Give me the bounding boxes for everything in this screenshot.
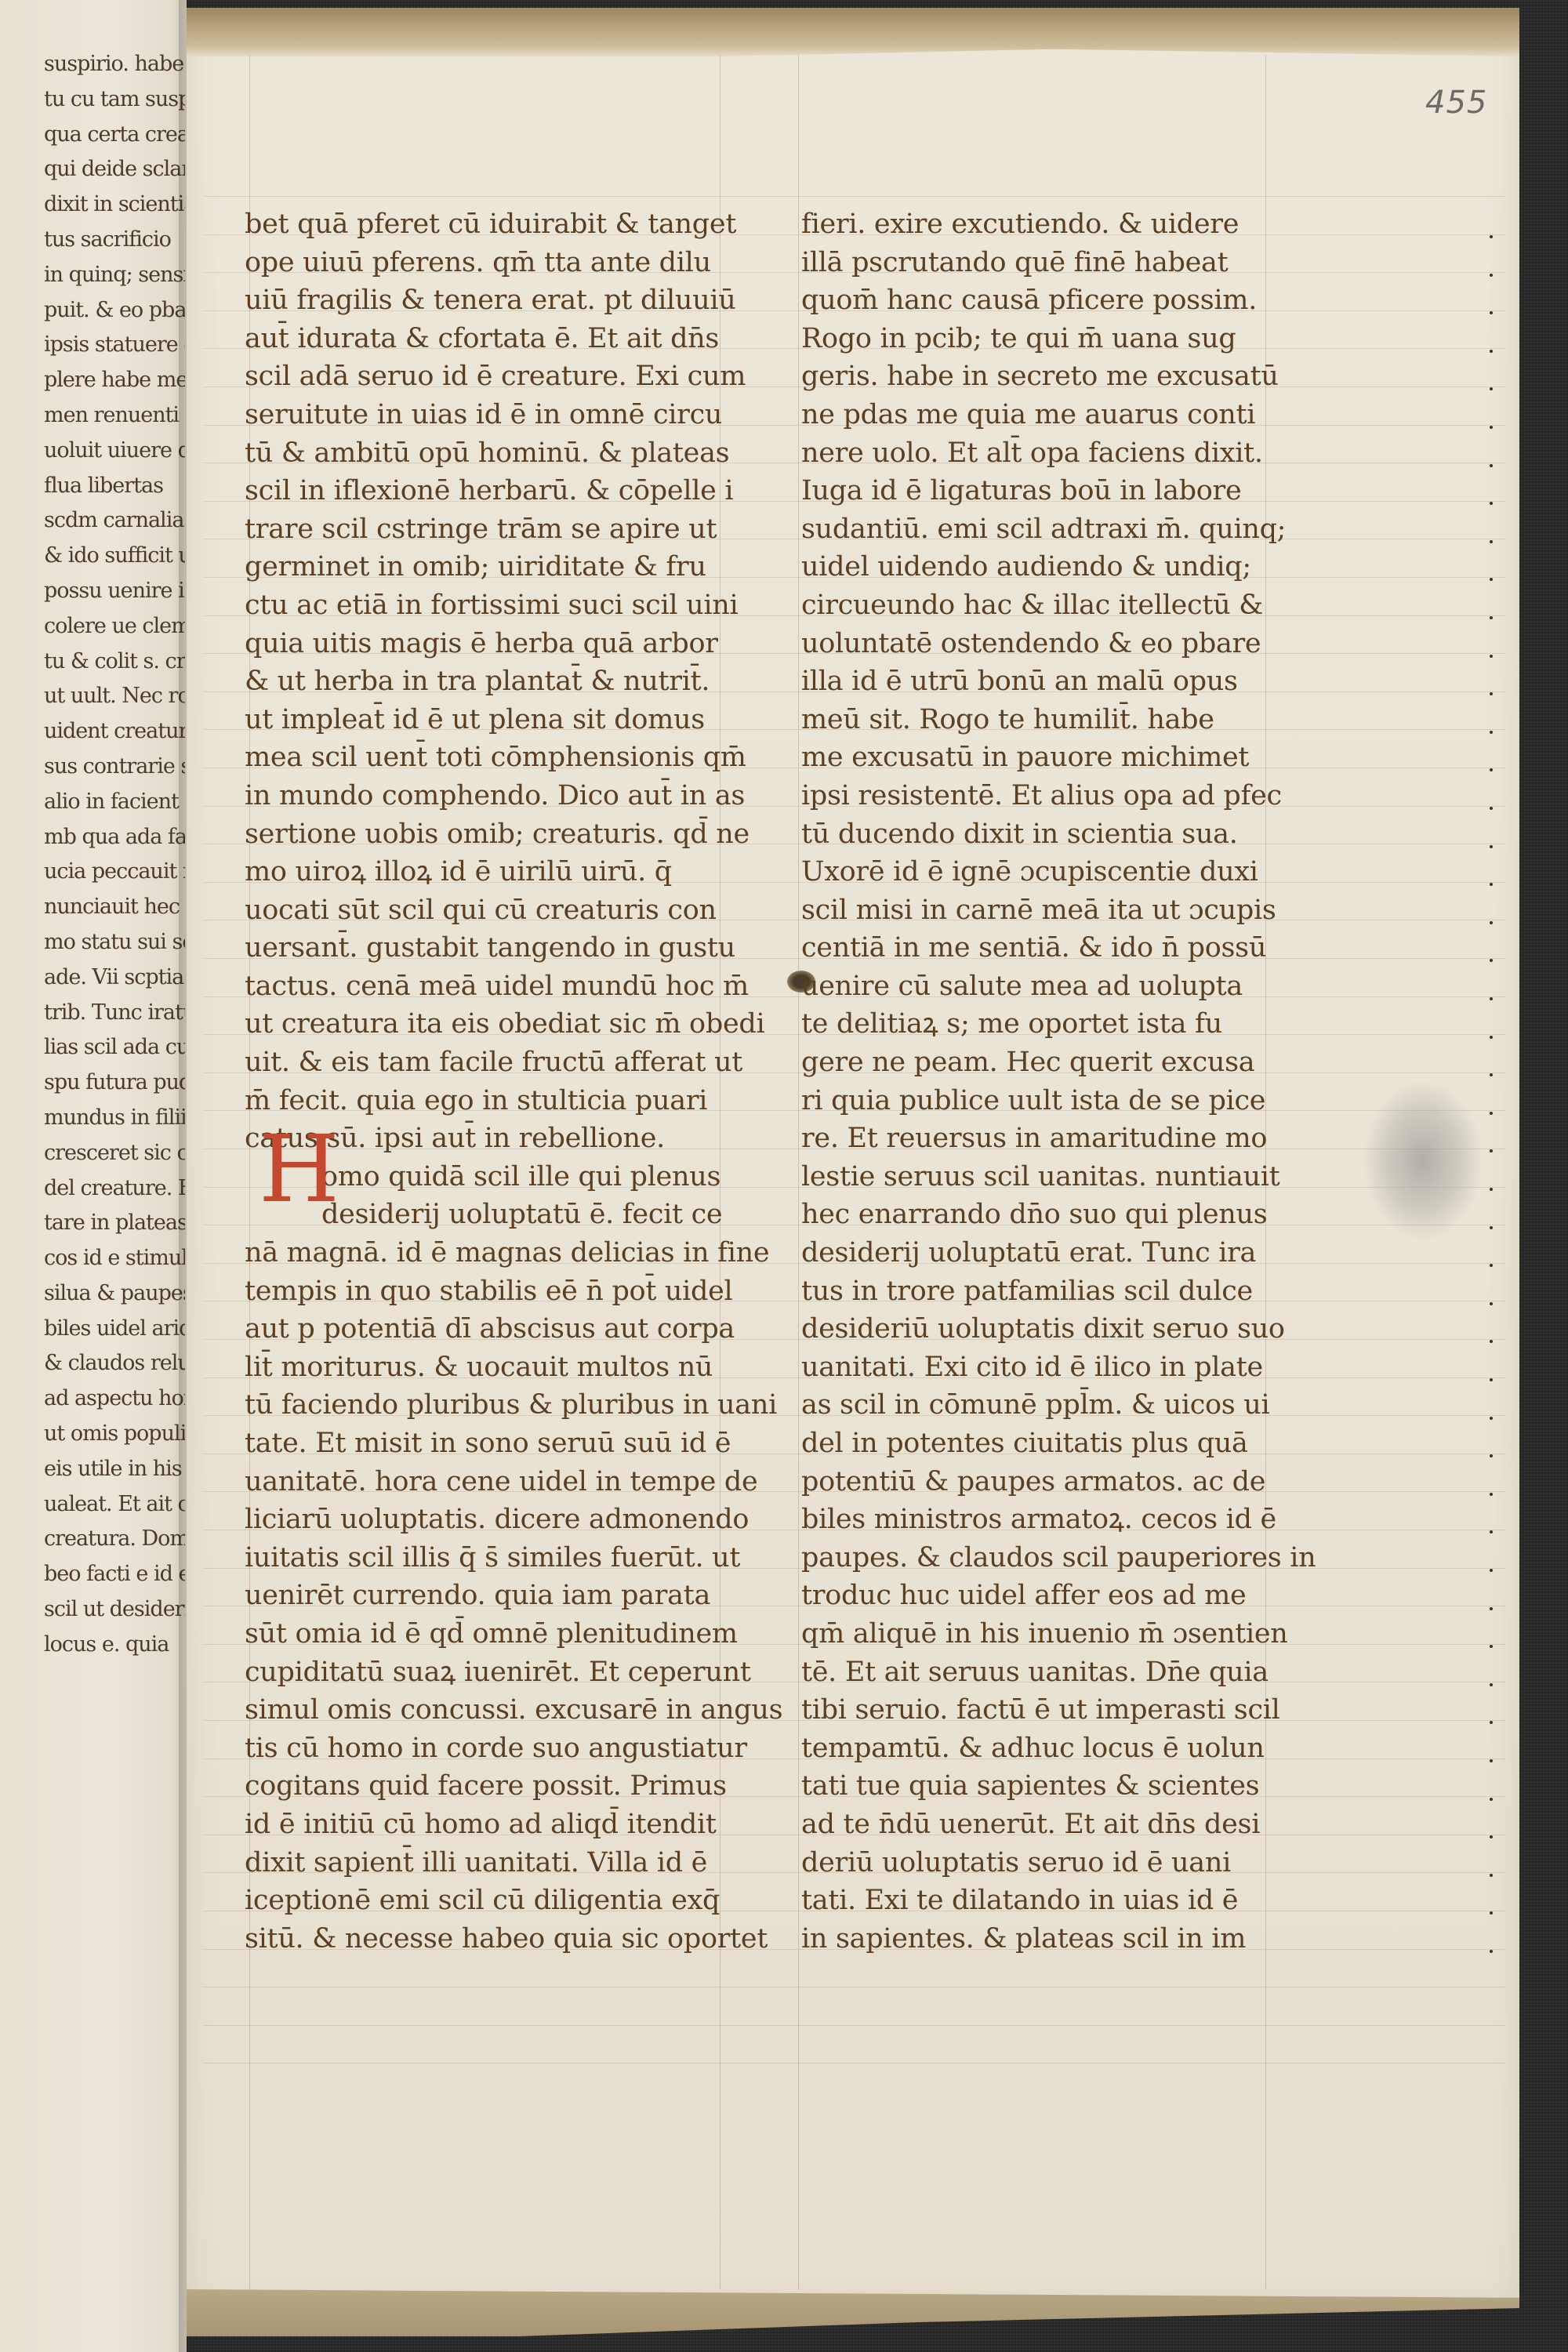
text-line: creatura. Domine xyxy=(44,1522,185,1557)
pricking-hole xyxy=(1490,1226,1493,1229)
pricking-hole xyxy=(1490,350,1493,353)
pricking-hole xyxy=(1490,1112,1493,1115)
pricking-hole xyxy=(1490,1378,1493,1381)
text-line: uoluit uiuere dixit xyxy=(44,434,185,469)
text-line: tare in plateas id e in xyxy=(44,1206,185,1241)
rubricated-initial: H xyxy=(259,1123,339,1215)
text-line: nunciauit hec ostenda xyxy=(44,890,185,925)
text-line: desiderij uoluptatū erat. Tunc ira xyxy=(801,1234,1342,1272)
text-line: ctu ac etiā in fortissimi suci scil uini xyxy=(245,586,786,625)
text-line: aut p potentiā dī abscisus aut corpa xyxy=(245,1310,786,1348)
text-line: mundus in filiis suis xyxy=(44,1101,185,1136)
pricking-hole xyxy=(1490,616,1493,619)
pricking-hole xyxy=(1490,845,1493,848)
text-line: uenirēt currendo. quia iam parata xyxy=(245,1577,786,1615)
pricking-hole xyxy=(1490,426,1493,429)
pricking-hole xyxy=(1490,655,1493,658)
text-line: uanitatē. hora cene uidel in tempe de xyxy=(245,1463,786,1501)
pricking-hole xyxy=(1490,1036,1493,1039)
ruling-horizontal xyxy=(204,2025,1505,2026)
pricking-hole xyxy=(1490,921,1493,924)
text-line: ne pdas me quia me auarus conti xyxy=(801,396,1342,434)
text-line: locus e. quia xyxy=(44,1628,185,1663)
text-line: colere ue clemta xyxy=(44,609,185,644)
text-line: ualeat. Et ait obediens xyxy=(44,1487,185,1523)
text-line: tactus. cenā meā uidel mundū hoc m̄ xyxy=(245,967,786,1006)
text-line: uident creature xyxy=(44,714,185,750)
text-line: uit. & eis tam facile fructū afferat ut xyxy=(245,1044,786,1082)
text-line: dixit in scientia sua. xyxy=(44,187,185,223)
text-column-a: bet quā pferet cū iduirabit & tangetope … xyxy=(245,205,786,1958)
text-line: trib. Tunc iratus id e xyxy=(44,996,185,1031)
ruling-vertical xyxy=(798,55,799,2289)
text-line: uersant̄. gustabit tangendo in gustu xyxy=(245,929,786,967)
text-line: centiā in me sentiā. & ido n̄ possū xyxy=(801,929,1342,967)
text-column-b: fieri. exire excutiendo. & uidereillā ps… xyxy=(801,205,1342,1958)
text-line: potentiū & paupes armatos. ac de xyxy=(801,1463,1342,1501)
text-line: fieri. exire excutiendo. & uidere xyxy=(801,205,1342,244)
water-stain xyxy=(1364,1082,1482,1239)
text-line: ut impleat̄ id ē ut plena sit domus xyxy=(245,701,786,739)
text-line: scil ut desiderii xyxy=(44,1592,185,1628)
pricking-hole xyxy=(1490,1759,1493,1762)
pricking-hole xyxy=(1490,1188,1493,1191)
text-line: cogitans quid facere possit. Primus xyxy=(245,1767,786,1806)
text-line: bet quā pferet cū iduirabit & tanget xyxy=(245,205,786,244)
text-line: sus contrarie seruus xyxy=(44,750,185,785)
text-line: beo facti e id e xyxy=(44,1557,185,1592)
text-line: lias scil ada cu tremor xyxy=(44,1030,185,1065)
text-line: in sapientes. & plateas scil in im xyxy=(801,1920,1342,1958)
text-line: paupes. & claudos scil pauperiores in xyxy=(801,1539,1342,1577)
pricking-hole xyxy=(1490,1417,1493,1420)
text-line: del in potentes ciuitatis plus quā xyxy=(801,1425,1342,1463)
ruling-horizontal xyxy=(204,1987,1505,1987)
text-line: & ido sufficit uobis xyxy=(44,539,185,574)
text-line: uenire cū salute mea ad uolupta xyxy=(801,967,1342,1006)
text-line: uoluntatē ostendendo & eo pbare xyxy=(801,625,1342,663)
text-line: cos id e stimulas xyxy=(44,1241,185,1276)
text-line: te delitiaꝝ s; me oportet ista fu xyxy=(801,1005,1342,1044)
text-line: nā magnā. id ē magnas delicias in fine xyxy=(245,1234,786,1272)
facing-page-verso: suspirio. habe me excusatumtu cu tam sus… xyxy=(0,0,187,2352)
text-line: tati. Exi te dilatando in uias id ē xyxy=(801,1882,1342,1920)
text-line: ri quia publice uult ista de se pice xyxy=(801,1082,1342,1120)
text-line: sudantiū. emi scil adtraxi m̄. quinq; xyxy=(801,510,1342,549)
text-line: quom̄ hanc causā pficere possim. xyxy=(801,281,1342,320)
pricking-hole xyxy=(1490,540,1493,543)
pricking-hole xyxy=(1490,1950,1493,1953)
pricking-hole xyxy=(1490,274,1493,277)
text-line: aut̄ idurata & cfortata ē. Et ait dn̄s xyxy=(245,320,786,358)
text-line: Uxorē id ē ignē ɔcupiscentie duxi xyxy=(801,853,1342,891)
text-line: mo uiroꝝ illoꝝ id ē uirilū uirū. q̄ xyxy=(245,853,786,891)
text-line: scil adā seruo id ē creature. Exi cum xyxy=(245,358,786,396)
pricking-hole xyxy=(1490,997,1493,1000)
text-line: circueundo hac & illac itellectū & xyxy=(801,586,1342,625)
text-line: re. Et reuersus in amaritudine mo xyxy=(801,1120,1342,1158)
text-line: illa id ē utrū bonū an malū opus xyxy=(801,662,1342,701)
text-line: tu & colit s. creatura xyxy=(44,644,185,680)
text-line: meū sit. Rogo te humilit̄. habe xyxy=(801,701,1342,739)
text-line: me excusatū in pauore michimet xyxy=(801,739,1342,777)
text-line: cupiditatū suaꝝ iuenirēt. Et ceperunt xyxy=(245,1653,786,1692)
text-line: tus sacrificio xyxy=(44,223,185,258)
text-line: simul omis concussi. excusarē in angus xyxy=(245,1691,786,1730)
text-line: gere ne peam. Hec querit excusa xyxy=(801,1044,1342,1082)
text-line: m̄ fecit. quia ego in stulticia puari xyxy=(245,1082,786,1120)
text-line: ut creatura ita eis obediat sic m̄ obedi xyxy=(245,1005,786,1044)
text-line: cresceret sic cu ipso dix xyxy=(44,1136,185,1171)
text-line: iuitatis scil illis q̄ s̄ similes fuerūt… xyxy=(245,1539,786,1577)
text-line: & claudos reluctantes xyxy=(44,1346,185,1381)
text-line: sertione uobis omib; creaturis. qd̄ ne xyxy=(245,815,786,854)
pricking-hole xyxy=(1490,1607,1493,1610)
text-line: qui deide sclare discrep xyxy=(44,152,185,187)
text-line: ipsis statuere deo xyxy=(44,328,185,363)
text-line: trare scil cstringe trām se apire ut xyxy=(245,510,786,549)
pricking-hole xyxy=(1490,1798,1493,1801)
text-line: tate. Et misit in sono seruū suū id ē xyxy=(245,1425,786,1463)
text-line: silua & paupes scil xyxy=(44,1276,185,1312)
text-line: geris. habe in secreto me excusatū xyxy=(801,358,1342,396)
text-line: tempis in quo stabilis eē n̄ pot̄ uidel xyxy=(245,1272,786,1311)
text-line: suspirio. habe me excusatum xyxy=(44,47,185,82)
pricking-hole xyxy=(1490,235,1493,238)
text-line: qm̄ aliquē in his inuenio m̄ ɔsentien xyxy=(801,1615,1342,1653)
text-line: biles uidel arida xyxy=(44,1312,185,1347)
text-line: ipsi resistentē. Et alius opa ad pfec xyxy=(801,777,1342,815)
text-line: Iuga id ē ligaturas boū in labore xyxy=(801,472,1342,510)
text-line: in mundo comphendo. Dico aut̄ in as xyxy=(245,777,786,815)
text-line: ucia peccauit filii xyxy=(44,855,185,890)
text-line: tati tue quia sapientes & scientes xyxy=(801,1767,1342,1806)
text-line: lestie seruus scil uanitas. nuntiauit xyxy=(801,1158,1342,1196)
text-line: troduc huc uidel affer eos ad me xyxy=(801,1577,1342,1615)
pricking-hole xyxy=(1490,1493,1493,1496)
text-line: tibi seruio. factū ē ut imperasti scil xyxy=(801,1691,1342,1730)
text-line: dixit sapient̄ illi uanitati. Villa id ē xyxy=(245,1844,786,1882)
text-line: ut uult. Nec rogare xyxy=(44,679,185,714)
text-line: qua certa creatura xyxy=(44,118,185,153)
text-line: germinet in omib; uiriditate & fru xyxy=(245,548,786,586)
text-line: quia uitis magis ē herba quā arbor xyxy=(245,625,786,663)
text-line: hec enarrando dn̄o suo qui plenus xyxy=(801,1196,1342,1234)
text-line: men renuenti xyxy=(44,398,185,434)
text-line: puit. & eo pbare illa xyxy=(44,293,185,328)
pricking-hole xyxy=(1490,1683,1493,1686)
ruling-horizontal xyxy=(204,2063,1505,2063)
text-line: as scil in cōmunē ppl̄m. & uicos ui xyxy=(801,1386,1342,1425)
text-line: ut omis populi xyxy=(44,1417,185,1452)
text-line: eis utile in his seruare xyxy=(44,1452,185,1487)
text-line: iceptionē emi scil cū diligentia exq̄ xyxy=(245,1882,786,1920)
text-line: ad aspectu hominu xyxy=(44,1381,185,1417)
text-line: nere uolo. Et alt̄ opa faciens dixit. xyxy=(801,434,1342,473)
text-line: tū & ambitū opū hominū. & plateas xyxy=(245,434,786,473)
text-line: tus in trore patfamilias scil dulce xyxy=(801,1272,1342,1311)
text-line: liciarū uoluptatis. dicere admonendo xyxy=(245,1501,786,1539)
text-line: alio in facient contra xyxy=(44,785,185,820)
text-line: ope uiuū pferens. qm̄ tta ante dilu xyxy=(245,244,786,282)
facing-page-text: suspirio. habe me excusatumtu cu tam sus… xyxy=(44,47,185,1663)
text-line: scil misi in carnē meā ita ut ɔcupis xyxy=(801,891,1342,930)
text-line: mb qua ada facere xyxy=(44,820,185,855)
text-line: & ut herba in tra plantat̄ & nutrit̄. xyxy=(245,662,786,701)
text-line: id ē initiū cū homo ad aliqd̄ itendit xyxy=(245,1806,786,1844)
text-line: del creature. Exi cito xyxy=(44,1171,185,1207)
folio-number: 455 xyxy=(1425,85,1487,121)
text-line: uanitati. Exi cito id ē ilico in plate xyxy=(801,1348,1342,1387)
text-line: flua libertas xyxy=(44,469,185,504)
text-line: tis cū homo in corde suo angustiatur xyxy=(245,1730,786,1768)
text-line: in quinq; sensib xyxy=(44,258,185,293)
text-line: spu futura pudit. & xyxy=(44,1065,185,1101)
pricking-hole xyxy=(1490,731,1493,734)
text-line: lit̄ moriturus. & uocauit multos nū xyxy=(245,1348,786,1387)
text-line: possu uenire ide xyxy=(44,574,185,609)
pricking-hole xyxy=(1490,1874,1493,1877)
text-line: sitū. & necesse habeo quia sic oportet xyxy=(245,1920,786,1958)
text-line: tū ducendo dixit in scientia sua. xyxy=(801,815,1342,854)
text-line: scil in iflexionē herbarū. & cōpelle i xyxy=(245,472,786,510)
text-line: tu cu tam suspirat xyxy=(44,82,185,118)
pricking-hole xyxy=(1490,807,1493,810)
text-line: tempamtū. & adhuc locus ē uolun xyxy=(801,1730,1342,1768)
text-line: tē. Et ait seruus uanitas. Dn̄e quia xyxy=(801,1653,1342,1692)
text-line: mo statu sui seruare xyxy=(44,925,185,960)
pricking-hole xyxy=(1490,1302,1493,1305)
pricking-hole xyxy=(1490,1569,1493,1572)
top-edge-repair xyxy=(187,8,1519,56)
text-line: ade. Vii scptia e. Plang xyxy=(44,960,185,996)
text-line: seruitute in uias id ē in omnē circu xyxy=(245,396,786,434)
text-line: deriū uoluptatis seruo id ē uani xyxy=(801,1844,1342,1882)
text-line: mea scil uent̄ toti cōmphensionis qm̄ xyxy=(245,739,786,777)
text-line: scdm carnalia dilect xyxy=(44,503,185,539)
text-line: sūt omia id ē qd̄ omnē plenitudinem xyxy=(245,1615,786,1653)
text-line: desideriū uoluptatis dixit seruo suo xyxy=(801,1310,1342,1348)
ruling-horizontal xyxy=(204,196,1505,197)
text-line: plere habe me excu xyxy=(44,363,185,398)
text-line: ad te n̄dū uenerūt. Et ait dn̄s desi xyxy=(801,1806,1342,1844)
text-line: uidel uidendo audiendo & undiq; xyxy=(801,548,1342,586)
text-line: biles ministros armatoꝝ. cecos id ē xyxy=(801,1501,1342,1539)
text-line: illā pscrutando quē finē habeat xyxy=(801,244,1342,282)
pricking-hole xyxy=(1490,464,1493,467)
text-line: uocati sūt scil qui cū creaturis con xyxy=(245,891,786,930)
text-line: tū faciendo pluribus & pluribus in uani xyxy=(245,1386,786,1425)
text-line: Rogo in pcib; te qui m̄ uana sug xyxy=(801,320,1342,358)
text-line: uiū fragilis & tenera erat. pt diluuiū xyxy=(245,281,786,320)
